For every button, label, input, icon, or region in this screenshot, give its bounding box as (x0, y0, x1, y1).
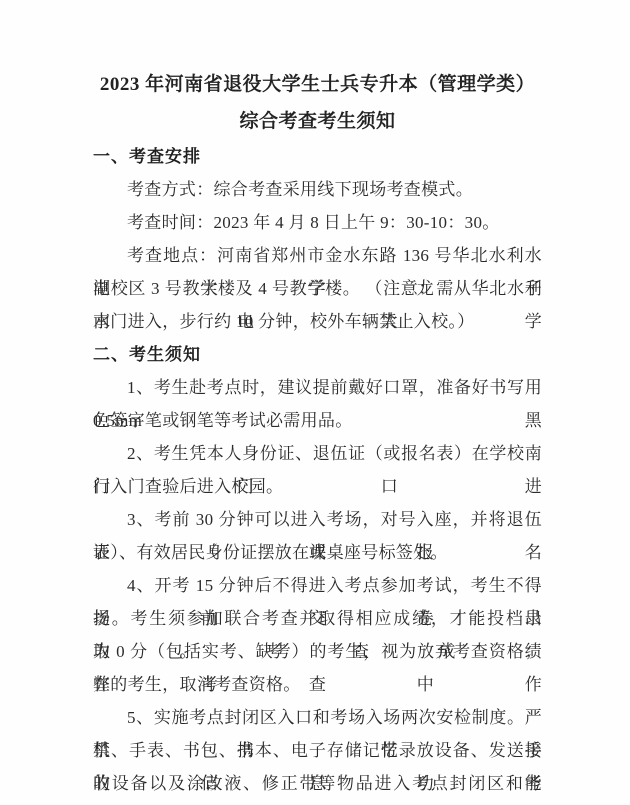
text-line: 3、考前 30 分钟可以进入考场，对号入座，并将退伍证（或报名 (93, 503, 542, 536)
text-line: 场。考生须参加联合考查并取得相应成绩，才能投档录取。考查成绩 (93, 602, 542, 635)
section-heading-1: 一、考查安排 (93, 140, 542, 173)
text-line: 考查方式：综合考查采用线下现场考查模式。 (93, 173, 542, 206)
document-title-line-2: 综合考查考生须知 (93, 103, 542, 140)
document-page: 2023 年河南省退役大学生士兵专升本（管理学类） 综合考查考生须知 一、考查安… (0, 0, 630, 805)
text-line: 考查时间：2023 年 4 月 8 日上午 9：30-10：30。 (93, 206, 542, 239)
text-line: 的设备以及涂改液、修正带等物品进入考点封闭区和考场。请考生将 (93, 767, 542, 800)
text-line: 1、考生赴考点时，建议提前戴好口罩，准备好书写用 0.5mm 黑 (93, 371, 542, 404)
text-line: 为 0 分（包括实考、缺考）的考生，视为放弃考查资格；在考查中作 (93, 635, 542, 668)
text-line: 4、开考 15 分钟后不得进入考点参加考试，考生不得提前交卷出 (93, 569, 542, 602)
text-line: 5、实施考点封闭区入口和考场入场两次安检制度。严禁携带手 (93, 701, 542, 734)
text-line: 2、考生凭本人身份证、退伍证（或报名表）在学校南门门口进 (93, 437, 542, 470)
text-line: 湖校区 3 号教学楼及 4 号教学楼。 （注意：需从华北水利水电大学 (93, 272, 542, 305)
text-line: 机、手表、书包、书本、电子存储记忆录放设备、发送接收信息功能 (93, 734, 542, 767)
section-heading-2: 二、考生须知 (93, 338, 542, 371)
document-title: 2023 年河南省退役大学生士兵专升本（管理学类） 综合考查考生须知 (93, 66, 542, 140)
document-title-line-1: 2023 年河南省退役大学生士兵专升本（管理学类） (93, 66, 542, 103)
document-body: 一、考查安排 考查方式：综合考查采用线下现场考查模式。 考查时间：2023 年 … (93, 140, 542, 800)
text-line: 考查地点：河南省郑州市金水东路 136 号华北水利水电大学龙子 (93, 239, 542, 272)
